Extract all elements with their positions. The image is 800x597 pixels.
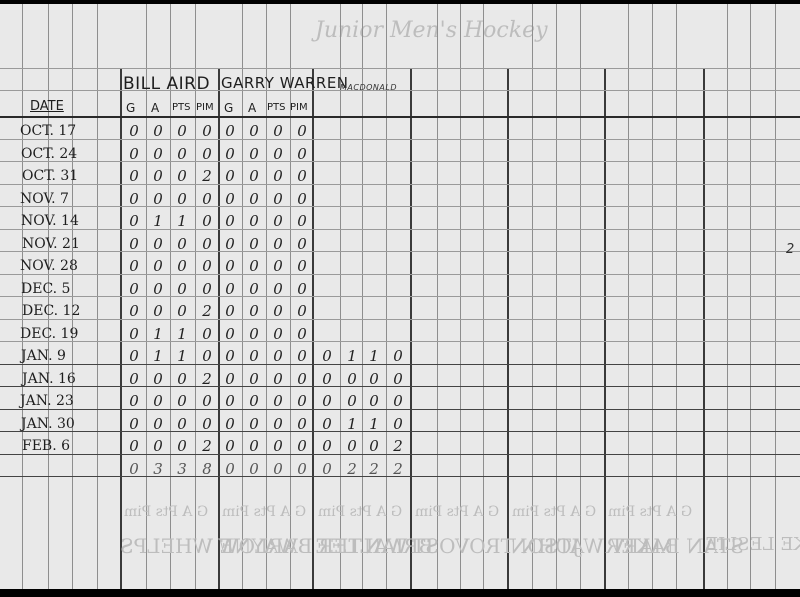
stat-cell-aird-g: 0 (122, 147, 146, 162)
stat-cell-aird-g: 0 (122, 439, 146, 454)
grid-vline (507, 68, 509, 589)
grid-hline (0, 319, 800, 320)
grid-hline (0, 206, 800, 207)
stat-cell-macdonald-pts: 2 (362, 462, 386, 477)
col-pts-warren: PTS (267, 103, 286, 113)
stat-cell-aird-pts: 0 (170, 124, 194, 139)
stat-cell-warren-g: 0 (218, 282, 242, 297)
stat-cell-macdonald-g: 0 (315, 394, 339, 409)
margin-note: 2 (786, 242, 794, 257)
stat-cell-aird-pts: 0 (170, 394, 194, 409)
stat-cell-warren-pts: 0 (266, 394, 290, 409)
stat-cell-aird-g: 0 (122, 214, 146, 229)
grid-hline (0, 161, 800, 162)
grid-hline (0, 251, 800, 252)
stat-cell-warren-pts: 0 (266, 349, 290, 364)
stat-cell-aird-pim: 0 (195, 124, 219, 139)
stat-cell-warren-a: 0 (242, 417, 266, 432)
stat-cell-aird-a: 0 (146, 394, 170, 409)
stat-cell-aird-g: 0 (122, 349, 146, 364)
stat-cell-warren-pts: 0 (266, 169, 290, 184)
grid-vline (604, 68, 606, 589)
row-date: DEC. 5 (21, 282, 70, 296)
row-date: JAN. 16 (22, 372, 76, 386)
row-date: JAN. 23 (20, 394, 74, 408)
grid-vline (410, 68, 412, 589)
player-name-macdonald: MACDONALD (340, 84, 397, 92)
stat-cell-warren-pts: 0 (266, 259, 290, 274)
stat-cell-warren-pim: 0 (290, 439, 314, 454)
stat-cell-warren-pim: 0 (290, 214, 314, 229)
stat-cell-aird-a: 0 (146, 169, 170, 184)
row-date: NOV. 14 (21, 214, 79, 228)
stat-cell-aird-pts: 0 (170, 259, 194, 274)
stat-cell-warren-pts: 0 (266, 327, 290, 342)
grid-hline (0, 90, 800, 91)
stat-cell-aird-pts: 0 (170, 192, 194, 207)
row-date: NOV. 28 (20, 259, 78, 273)
grid-hline (0, 139, 800, 140)
stat-cell-aird-pim: 0 (195, 327, 219, 342)
stat-cell-warren-pts: 0 (266, 372, 290, 387)
stat-cell-warren-pim: 0 (290, 147, 314, 162)
stat-cell-warren-pts: 0 (266, 282, 290, 297)
stat-cell-aird-g: 0 (122, 462, 146, 477)
stat-cell-aird-pim: 0 (195, 282, 219, 297)
stat-cell-macdonald-a: 2 (340, 462, 364, 477)
stat-cell-aird-pts: 3 (170, 462, 194, 477)
stat-cell-aird-pim: 2 (195, 304, 219, 319)
stat-cell-warren-g: 0 (218, 439, 242, 454)
stat-cell-warren-g: 0 (218, 237, 242, 252)
stat-cell-warren-pts: 0 (266, 462, 290, 477)
stat-cell-macdonald-pim: 0 (386, 372, 410, 387)
bleedthrough-columns: G A Pts Pim (318, 504, 402, 520)
stat-cell-aird-g: 0 (122, 417, 146, 432)
stat-cell-warren-g: 0 (218, 417, 242, 432)
stat-cell-warren-a: 0 (242, 282, 266, 297)
stat-cell-warren-pim: 0 (290, 169, 314, 184)
stat-cell-warren-pim: 0 (290, 192, 314, 207)
stat-cell-macdonald-g: 0 (315, 462, 339, 477)
stat-cell-macdonald-pim: 2 (386, 439, 410, 454)
grid-hline (0, 341, 800, 342)
row-date: FEB. 6 (22, 439, 70, 453)
stat-cell-warren-a: 0 (242, 439, 266, 454)
stat-cell-aird-g: 0 (122, 372, 146, 387)
stat-cell-macdonald-g: 0 (315, 349, 339, 364)
row-date: OCT. 24 (21, 147, 77, 161)
stat-cell-macdonald-g: 0 (315, 439, 339, 454)
stat-cell-aird-pim: 2 (195, 372, 219, 387)
stat-cell-aird-pim: 0 (195, 192, 219, 207)
row-date: DEC. 19 (20, 327, 78, 341)
player-name-garry-warren: GARRY WARREN (221, 76, 349, 91)
col-a-warren: A (248, 102, 256, 114)
stat-cell-aird-g: 0 (122, 169, 146, 184)
stat-cell-warren-pim: 0 (290, 327, 314, 342)
stat-cell-macdonald-a: 0 (340, 394, 364, 409)
stat-cell-aird-g: 0 (122, 282, 146, 297)
stat-cell-aird-pts: 0 (170, 417, 194, 432)
stat-cell-warren-pim: 0 (290, 417, 314, 432)
stat-cell-warren-pts: 0 (266, 192, 290, 207)
stat-cell-macdonald-pts: 1 (362, 349, 386, 364)
stat-cell-warren-pts: 0 (266, 214, 290, 229)
col-pts-aird: PTS (172, 103, 191, 113)
stat-cell-warren-pim: 0 (290, 304, 314, 319)
grid-hline (0, 296, 800, 297)
stat-cell-aird-a: 0 (146, 372, 170, 387)
row-date: DEC. 12 (22, 304, 80, 318)
row-date: JAN. 9 (21, 349, 66, 363)
stat-cell-warren-a: 0 (242, 124, 266, 139)
stat-cell-macdonald-pim: 2 (386, 462, 410, 477)
player-name-bill-aird: BILL AIRD (123, 76, 210, 93)
grid-hline (0, 184, 800, 185)
grid-hline (0, 229, 800, 230)
stat-cell-aird-pts: 0 (170, 282, 194, 297)
bleedthrough-columns: G A Pts Pim (222, 504, 306, 520)
grid-hline (0, 274, 800, 275)
stat-cell-warren-g: 0 (218, 372, 242, 387)
stat-cell-aird-pim: 2 (195, 439, 219, 454)
stat-cell-macdonald-pts: 1 (362, 417, 386, 432)
row-date: OCT. 31 (22, 169, 78, 183)
stat-cell-warren-a: 0 (242, 237, 266, 252)
col-a-aird: A (151, 102, 159, 114)
stat-cell-warren-g: 0 (218, 349, 242, 364)
date-column-header: DATE (30, 100, 64, 113)
stat-cell-aird-pts: 0 (170, 237, 194, 252)
stat-cell-warren-pim: 0 (290, 462, 314, 477)
stat-cell-aird-a: 0 (146, 192, 170, 207)
stat-cell-warren-a: 0 (242, 304, 266, 319)
stat-cell-aird-a: 0 (146, 282, 170, 297)
stat-cell-macdonald-a: 1 (340, 417, 364, 432)
grid-hline (0, 68, 800, 69)
stat-cell-macdonald-pim: 0 (386, 349, 410, 364)
stat-cell-warren-pts: 0 (266, 147, 290, 162)
grid-vline (703, 68, 705, 589)
stat-cell-warren-g: 0 (218, 192, 242, 207)
stat-cell-aird-pts: 1 (170, 214, 194, 229)
bleedthrough-columns: G A Pts Pim (124, 504, 208, 520)
stat-cell-aird-g: 0 (122, 259, 146, 274)
stat-cell-aird-a: 1 (146, 327, 170, 342)
stat-cell-warren-a: 0 (242, 394, 266, 409)
stat-cell-warren-pim: 0 (290, 282, 314, 297)
stat-cell-warren-a: 0 (242, 327, 266, 342)
stat-cell-aird-g: 0 (122, 394, 146, 409)
row-date: NOV. 21 (22, 237, 80, 251)
stat-cell-macdonald-g: 0 (315, 372, 339, 387)
stat-cell-macdonald-pts: 0 (362, 372, 386, 387)
stat-cell-warren-g: 0 (218, 304, 242, 319)
stat-cell-aird-pim: 0 (195, 417, 219, 432)
stat-cell-warren-pim: 0 (290, 349, 314, 364)
stat-cell-aird-g: 0 (122, 327, 146, 342)
stat-cell-warren-pim: 0 (290, 372, 314, 387)
stat-cell-warren-pts: 0 (266, 417, 290, 432)
col-g-warren: G (224, 102, 233, 114)
stat-cell-warren-a: 0 (242, 462, 266, 477)
stat-cell-warren-pts: 0 (266, 237, 290, 252)
stat-cell-aird-a: 0 (146, 439, 170, 454)
stat-cell-aird-a: 0 (146, 417, 170, 432)
stat-cell-warren-a: 0 (242, 259, 266, 274)
stat-cell-warren-g: 0 (218, 259, 242, 274)
stat-cell-macdonald-pts: 0 (362, 394, 386, 409)
stat-cell-warren-g: 0 (218, 462, 242, 477)
stat-cell-warren-a: 0 (242, 147, 266, 162)
stat-cell-warren-a: 0 (242, 169, 266, 184)
stat-cell-warren-a: 0 (242, 192, 266, 207)
scoresheet-page: Junior Men's Hockey DATE BILL AIRD GARRY… (0, 4, 800, 589)
stat-cell-aird-a: 3 (146, 462, 170, 477)
stat-cell-macdonald-a: 0 (340, 439, 364, 454)
stat-cell-aird-pts: 1 (170, 349, 194, 364)
col-pim-aird: PIM (196, 103, 214, 113)
stat-cell-warren-a: 0 (242, 349, 266, 364)
stat-cell-aird-a: 0 (146, 237, 170, 252)
bleedthrough-columns: G A Pts Pim (512, 504, 596, 520)
stat-cell-warren-g: 0 (218, 394, 242, 409)
stat-cell-aird-g: 0 (122, 237, 146, 252)
bleedthrough-columns: G A Pts Pim (415, 504, 499, 520)
stat-cell-aird-g: 0 (122, 124, 146, 139)
stat-cell-aird-a: 0 (146, 124, 170, 139)
bleedthrough-name: MIKE LESLIE (705, 534, 800, 555)
stat-cell-aird-pim: 0 (195, 214, 219, 229)
stat-cell-warren-g: 0 (218, 327, 242, 342)
stat-cell-warren-pim: 0 (290, 237, 314, 252)
stat-cell-aird-pim: 2 (195, 169, 219, 184)
stat-cell-aird-a: 1 (146, 214, 170, 229)
stat-cell-aird-pim: 0 (195, 237, 219, 252)
stat-cell-aird-pim: 0 (195, 259, 219, 274)
col-pim-warren: PIM (290, 103, 308, 113)
stat-cell-macdonald-g: 0 (315, 417, 339, 432)
row-date: NOV. 7 (20, 192, 69, 206)
stat-cell-aird-pts: 1 (170, 327, 194, 342)
stat-cell-aird-g: 0 (122, 304, 146, 319)
row-date: JAN. 30 (21, 417, 75, 431)
stat-cell-aird-pts: 0 (170, 372, 194, 387)
stat-cell-macdonald-pts: 0 (362, 439, 386, 454)
grid-hline (0, 116, 800, 118)
stat-cell-aird-pim: 0 (195, 147, 219, 162)
faint-title: Junior Men's Hockey (315, 18, 548, 43)
stat-cell-warren-pim: 0 (290, 394, 314, 409)
stat-cell-warren-g: 0 (218, 214, 242, 229)
stat-cell-macdonald-a: 0 (340, 372, 364, 387)
stat-cell-warren-a: 0 (242, 372, 266, 387)
stat-cell-warren-pim: 0 (290, 259, 314, 274)
stat-cell-aird-pts: 0 (170, 147, 194, 162)
stat-cell-warren-pts: 0 (266, 124, 290, 139)
row-date: OCT. 17 (20, 124, 76, 138)
stat-cell-aird-pts: 0 (170, 169, 194, 184)
stat-cell-warren-g: 0 (218, 147, 242, 162)
stat-cell-aird-pim: 0 (195, 394, 219, 409)
stat-cell-warren-pts: 0 (266, 304, 290, 319)
bleedthrough-columns: G A Pts Pim (608, 504, 692, 520)
stat-cell-warren-g: 0 (218, 124, 242, 139)
stat-cell-aird-a: 0 (146, 259, 170, 274)
stat-cell-macdonald-a: 1 (340, 349, 364, 364)
stat-cell-warren-pim: 0 (290, 124, 314, 139)
stat-cell-warren-g: 0 (218, 169, 242, 184)
stat-cell-aird-g: 0 (122, 192, 146, 207)
stat-cell-aird-a: 0 (146, 147, 170, 162)
col-g-aird: G (126, 102, 135, 114)
stat-cell-macdonald-pim: 0 (386, 417, 410, 432)
stat-cell-warren-pts: 0 (266, 439, 290, 454)
stat-cell-aird-pim: 0 (195, 349, 219, 364)
stat-cell-aird-a: 0 (146, 304, 170, 319)
stat-cell-aird-pts: 0 (170, 439, 194, 454)
stat-cell-aird-a: 1 (146, 349, 170, 364)
stat-cell-aird-pts: 0 (170, 304, 194, 319)
stat-cell-warren-a: 0 (242, 214, 266, 229)
stat-cell-macdonald-pim: 0 (386, 394, 410, 409)
stat-cell-aird-pim: 8 (195, 462, 219, 477)
